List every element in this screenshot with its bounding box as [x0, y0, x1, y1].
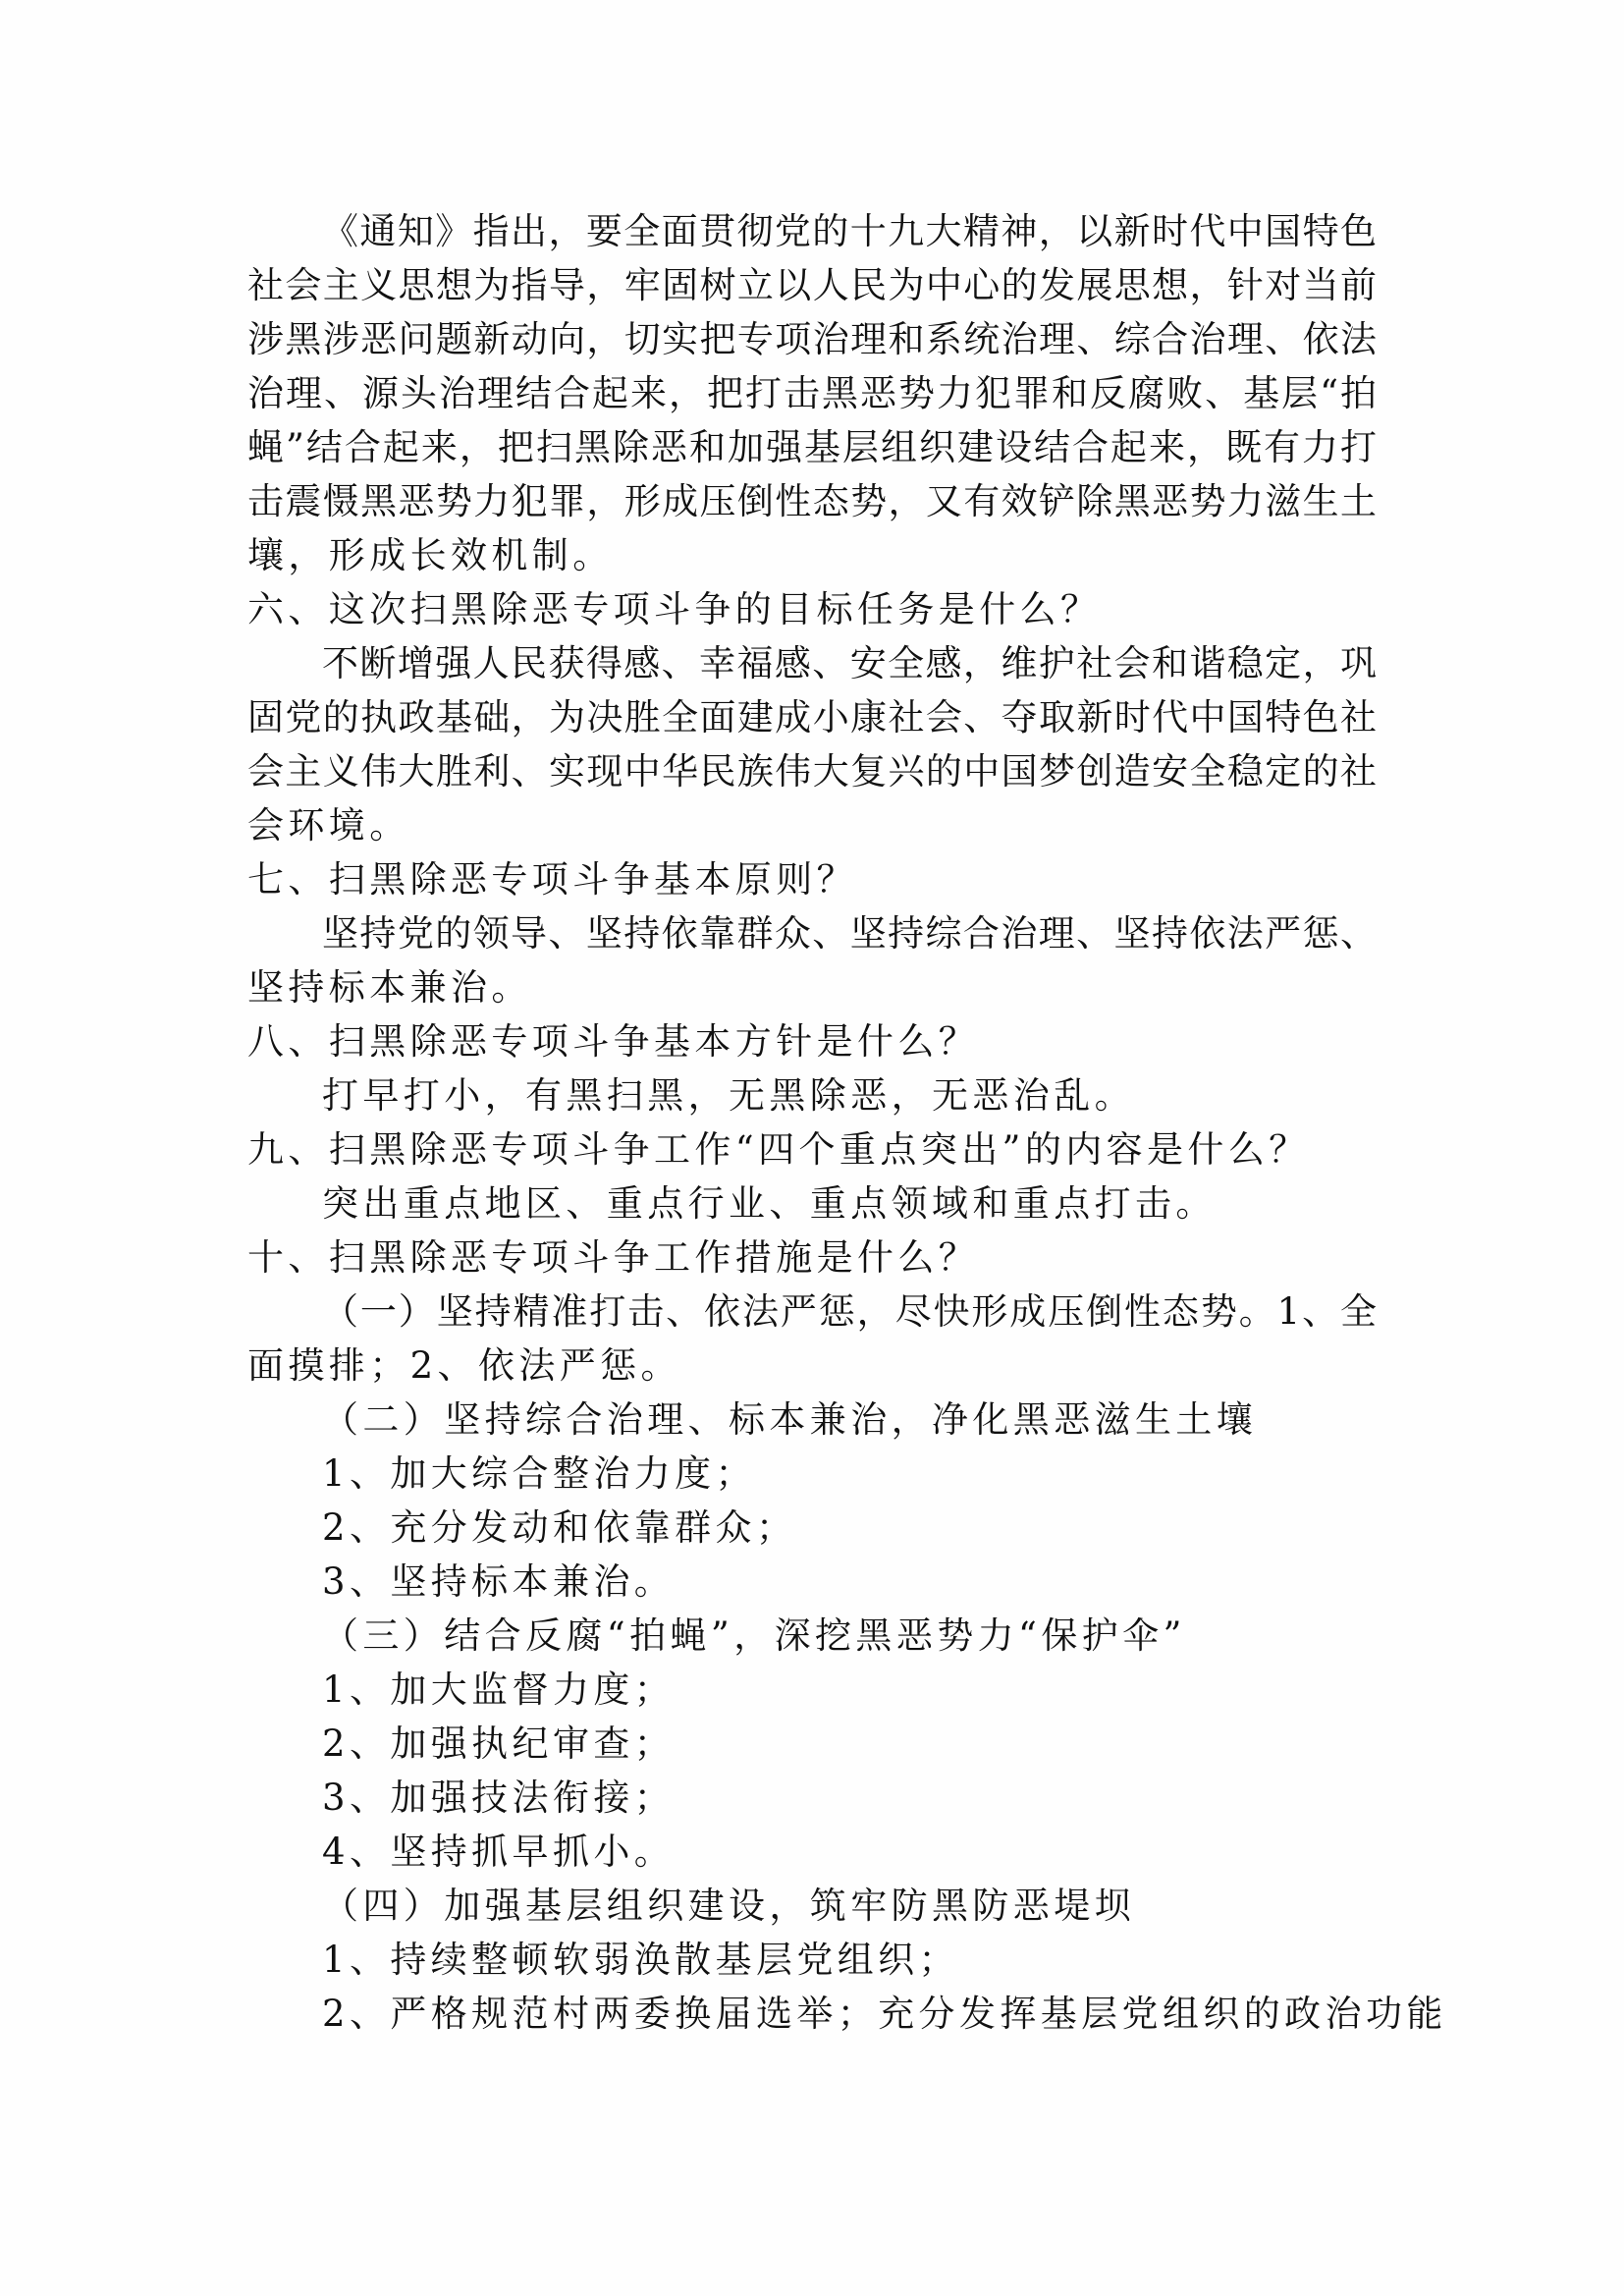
document-text-line: 会主义伟大胜利、实现中华民族伟大复兴的中国梦创造安全稳定的社 [247, 746, 1377, 797]
document-text-line: 七、扫黑除恶专项斗争基本原则？ [247, 854, 857, 905]
document-text-line: 3、坚持标本兼治。 [322, 1557, 675, 1608]
document-text-line: 涉黑涉恶问题新动向，切实把专项治理和系统治理、综合治理、依法 [247, 314, 1377, 365]
scanned-document-page: 《通知》指出，要全面贯彻党的十九大精神，以新时代中国特色社会主义思想为指导，牢固… [0, 0, 1624, 2296]
document-text-line: 《通知》指出，要全面贯彻党的十九大精神，以新时代中国特色 [322, 206, 1377, 257]
document-text-line: 2、严格规范村两委换届选举；充分发挥基层党组织的政治功能 [322, 1989, 1447, 2040]
document-text-line: 打早打小，有黑扫黑，无黑除恶，无恶治乱。 [322, 1070, 1135, 1121]
document-text-line: 3、加强技法衔接； [322, 1773, 675, 1824]
document-text-line: 4、坚持抓早抓小。 [322, 1827, 675, 1878]
document-text-line: 2、充分发动和依靠群众； [322, 1503, 796, 1554]
document-text-line: 2、加强执纪审查； [322, 1719, 675, 1770]
document-text-line: 会环境。 [247, 800, 410, 851]
document-text-line: 壤，形成长效机制。 [247, 530, 614, 581]
document-text-line: 不断增强人民获得感、幸福感、安全感，维护社会和谐稳定，巩 [322, 638, 1377, 689]
document-text-line: （一）坚持精准打击、依法严惩，尽快形成压倒性态势。1、全 [322, 1286, 1377, 1338]
document-text-line: 坚持标本兼治。 [247, 962, 532, 1013]
document-text-line: 十、扫黑除恶专项斗争工作措施是什么？ [247, 1232, 979, 1284]
document-text-line: 1、持续整顿软弱涣散基层党组织； [322, 1935, 959, 1986]
document-text-line: 蝇”结合起来，把扫黑除恶和加强基层组织建设结合起来，既有力打 [247, 422, 1377, 473]
document-text-line: 六、这次扫黑除恶专项斗争的目标任务是什么？ [247, 584, 1101, 635]
document-text-line: （四）加强基层组织建设，筑牢防黑防恶堤坝 [322, 1881, 1135, 1932]
document-text-line: 突出重点地区、重点行业、重点领域和重点打击。 [322, 1178, 1217, 1230]
document-text-line: 八、扫黑除恶专项斗争基本方针是什么？ [247, 1016, 979, 1067]
document-text-line: 1、加大监督力度； [322, 1665, 675, 1716]
document-text-line: 坚持党的领导、坚持依靠群众、坚持综合治理、坚持依法严惩、 [322, 908, 1377, 959]
document-text-line: （三）结合反腐“拍蝇”，深挖黑恶势力“保护伞” [322, 1611, 1186, 1662]
document-text-line: 九、扫黑除恶专项斗争工作“四个重点突出”的内容是什么？ [247, 1124, 1310, 1175]
document-text-line: 面摸排；2、依法严惩。 [247, 1340, 681, 1392]
document-text-line: 1、加大综合整治力度； [322, 1449, 756, 1500]
document-text-line: 固党的执政基础，为决胜全面建成小康社会、夺取新时代中国特色社 [247, 692, 1377, 743]
document-text-line: 社会主义思想为指导，牢固树立以人民为中心的发展思想，针对当前 [247, 260, 1377, 311]
document-text-line: （二）坚持综合治理、标本兼治，净化黑恶滋生土壤 [322, 1394, 1257, 1446]
document-text-line: 击震慑黑恶势力犯罪，形成压倒性态势，又有效铲除黑恶势力滋生土 [247, 476, 1377, 527]
document-text-line: 治理、源头治理结合起来，把打击黑恶势力犯罪和反腐败、基层“拍 [247, 368, 1377, 419]
